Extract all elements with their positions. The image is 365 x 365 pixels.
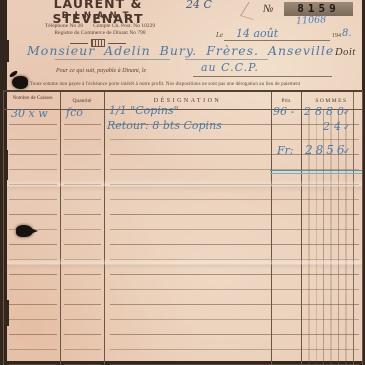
date-underline	[224, 40, 330, 41]
row-line	[110, 334, 359, 335]
col-header-sommes: SOMMES	[301, 98, 362, 104]
total-checkmark: ✓	[343, 147, 351, 157]
recipient-underline	[55, 59, 170, 60]
handwritten-top-annotation: 24 C	[186, 0, 212, 11]
entry-checkmark: ✓	[343, 108, 351, 118]
row-line	[64, 124, 101, 125]
row-line	[9, 319, 57, 320]
handwritten-recipient: Monsieur Adelin Bury. Frères. Anseville	[27, 43, 334, 58]
row-line	[9, 169, 57, 170]
row-line	[9, 334, 57, 335]
total-blue-rule	[270, 170, 362, 171]
row-line	[110, 349, 359, 350]
row-line	[64, 199, 101, 200]
total-label: Fr:	[277, 144, 294, 157]
entry-somme: 24	[323, 120, 345, 133]
row-line	[110, 319, 359, 320]
column-border	[60, 92, 61, 365]
row-line	[64, 304, 101, 305]
row-line	[64, 169, 101, 170]
row-line	[9, 244, 57, 245]
row-line	[64, 349, 101, 350]
scanned-invoice: LAURENT & STEVENART DINANT Téléphone No …	[0, 0, 365, 365]
row-line	[110, 139, 359, 140]
row-line	[64, 289, 101, 290]
numero-symbol: №	[263, 3, 273, 15]
year-printed: 194	[332, 33, 341, 39]
entry-checkmark: ✓	[343, 123, 351, 133]
row-line	[9, 304, 57, 305]
total-somme: 2856	[305, 143, 348, 157]
entry-designation: Retour: 8 bts Copins	[107, 119, 222, 132]
row-line	[9, 289, 57, 290]
company-registry: Registre du Commerce de Dinant No 798	[12, 30, 188, 36]
paper-edge-notch	[6, 40, 9, 62]
row-line	[64, 229, 101, 230]
row-line	[110, 244, 359, 245]
column-border	[104, 92, 105, 365]
company-postal-account: Compte Ch. Post. No 10229	[93, 23, 155, 29]
company-phone: Téléphone No 28	[45, 23, 83, 29]
row-line	[9, 274, 57, 275]
entry-somme: 2880	[304, 105, 348, 118]
row-line	[64, 214, 101, 215]
row-line	[110, 214, 359, 215]
entry-designation: 1/1 "Copins"	[109, 104, 179, 117]
row-line	[110, 304, 359, 305]
terms-line: Toute somme non payée à l'échéance porte…	[30, 82, 300, 87]
row-line	[9, 124, 57, 125]
row-line	[9, 214, 57, 215]
row-line	[64, 139, 101, 140]
handwritten-payment-note: au C.C.P.	[201, 61, 259, 74]
col-header-quantite: Quantité	[60, 98, 104, 104]
row-line	[64, 274, 101, 275]
row-line	[64, 334, 101, 335]
entry-quantite: fco	[66, 106, 83, 119]
payable-line: Pour ce qui suit, payable à Dinant, le	[56, 68, 146, 74]
handwritten-year-digit: 8.	[342, 28, 352, 39]
row-line	[110, 199, 359, 200]
row-line	[64, 319, 101, 320]
punch-hole	[16, 225, 33, 237]
company-contact-line: Téléphone No 28 Compte Ch. Post. No 1022…	[12, 23, 188, 29]
row-line	[110, 289, 359, 290]
row-line	[64, 154, 101, 155]
row-line	[9, 139, 57, 140]
paper-crease	[7, 180, 362, 192]
handwritten-secondary-number: 11068	[296, 14, 327, 27]
row-line	[64, 244, 101, 245]
total-blue-rule	[270, 173, 362, 174]
row-line	[9, 199, 57, 200]
handwritten-date: 14 août	[236, 27, 278, 40]
doit-label: Doit	[335, 47, 356, 58]
company-city: DINANT	[12, 11, 184, 21]
row-line	[110, 274, 359, 275]
row-line	[9, 154, 57, 155]
entry-prix: 96 -	[273, 105, 294, 118]
row-line	[110, 229, 359, 230]
col-header-prix: Prix	[271, 98, 301, 104]
payable-underline	[193, 76, 332, 77]
row-line	[9, 349, 57, 350]
col-header-nombre: Nombre de Caisses	[6, 95, 59, 102]
recipient-underline	[185, 59, 268, 60]
date-prefix: Le	[216, 31, 223, 39]
paper-crease	[7, 258, 362, 270]
entry-nombre: 30 x w	[11, 107, 48, 120]
punch-hole	[12, 76, 28, 89]
